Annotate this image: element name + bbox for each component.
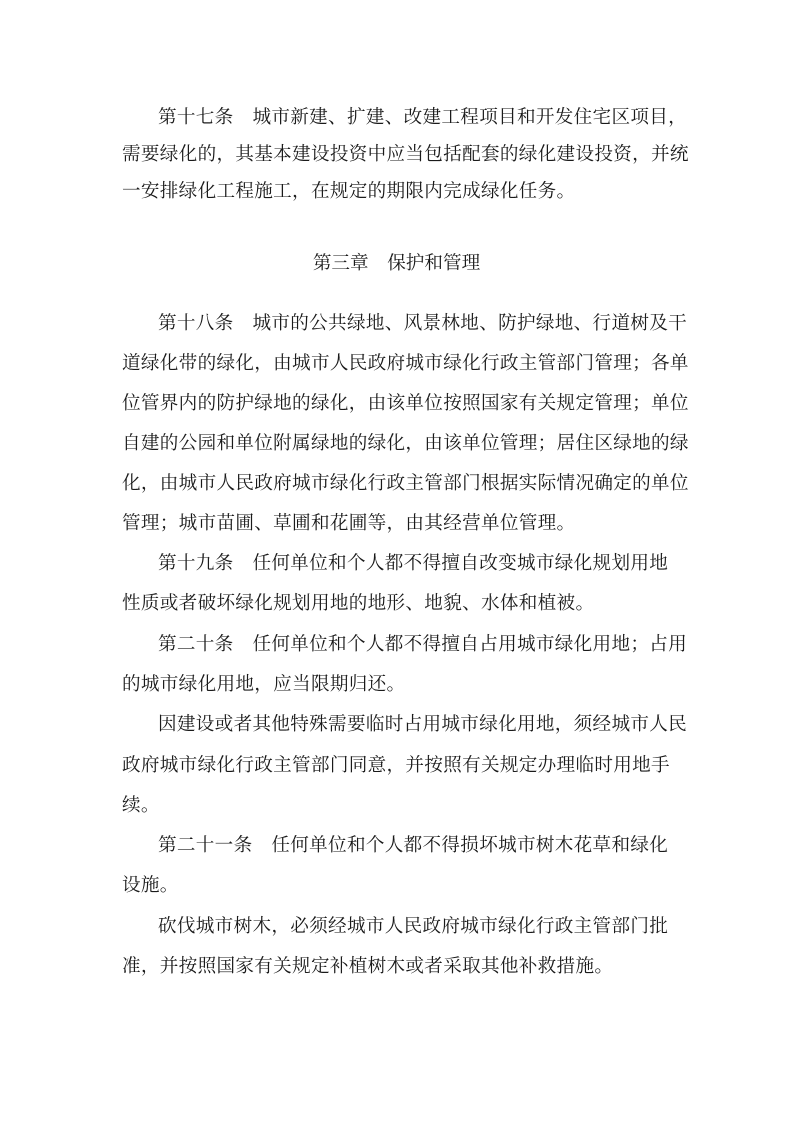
article-18-line-6: 管理；城市苗圃、草圃和花圃等，由其经营单位管理。 (122, 512, 662, 536)
article-21-para2-line-1: 砍伐城市树木，必须经城市人民政府城市绿化行政主管部门批 (158, 915, 662, 939)
article-17-line-3: 一安排绿化工程施工，在规定的期限内完成绿化任务。 (122, 180, 662, 204)
article-20-line-2: 的城市绿化用地，应当限期归还。 (122, 673, 662, 697)
article-18-line-3: 位管界内的防护绿地的绿化，由该单位按照国家有关规定管理；单位 (122, 392, 662, 416)
article-21-line-1: 第二十一条 任何单位和个人都不得损坏城市树木花草和绿化 (158, 834, 662, 858)
article-19-line-2: 性质或者破坏绿化规划用地的地形、地貌、水体和植被。 (122, 592, 662, 616)
article-17-line-2: 需要绿化的，其基本建设投资中应当包括配套的绿化建设投资，并统 (122, 143, 662, 167)
article-20-para2-line-3: 续。 (122, 794, 662, 818)
article-21-line-2: 设施。 (122, 874, 662, 898)
chapter-heading: 第三章 保护和管理 (0, 252, 793, 276)
article-17-line-1: 第十七条 城市新建、扩建、改建工程项目和开发住宅区项目， (158, 106, 662, 130)
article-19-line-1: 第十九条 任何单位和个人都不得擅自改变城市绿化规划用地 (158, 552, 662, 576)
article-20-para2-line-1: 因建设或者其他特殊需要临时占用城市绿化用地，须经城市人民 (158, 713, 662, 737)
article-18-line-1: 第十八条 城市的公共绿地、风景林地、防护绿地、行道树及干 (158, 312, 662, 336)
article-20-line-1: 第二十条 任何单位和个人都不得擅自占用城市绿化用地；占用 (158, 633, 662, 657)
article-21-para2-line-2: 准，并按照国家有关规定补植树木或者采取其他补救措施。 (122, 955, 662, 979)
article-18-line-5: 化，由城市人民政府城市绿化行政主管部门根据实际情况确定的单位 (122, 472, 662, 496)
article-18-line-4: 自建的公园和单位附属绿地的绿化，由该单位管理；居住区绿地的绿 (122, 432, 662, 456)
document-page: 第十七条 城市新建、扩建、改建工程项目和开发住宅区项目， 需要绿化的，其基本建设… (0, 0, 793, 1122)
article-20-para2-line-2: 政府城市绿化行政主管部门同意，并按照有关规定办理临时用地手 (122, 754, 662, 778)
article-18-line-2: 道绿化带的绿化，由城市人民政府城市绿化行政主管部门管理；各单 (122, 352, 662, 376)
